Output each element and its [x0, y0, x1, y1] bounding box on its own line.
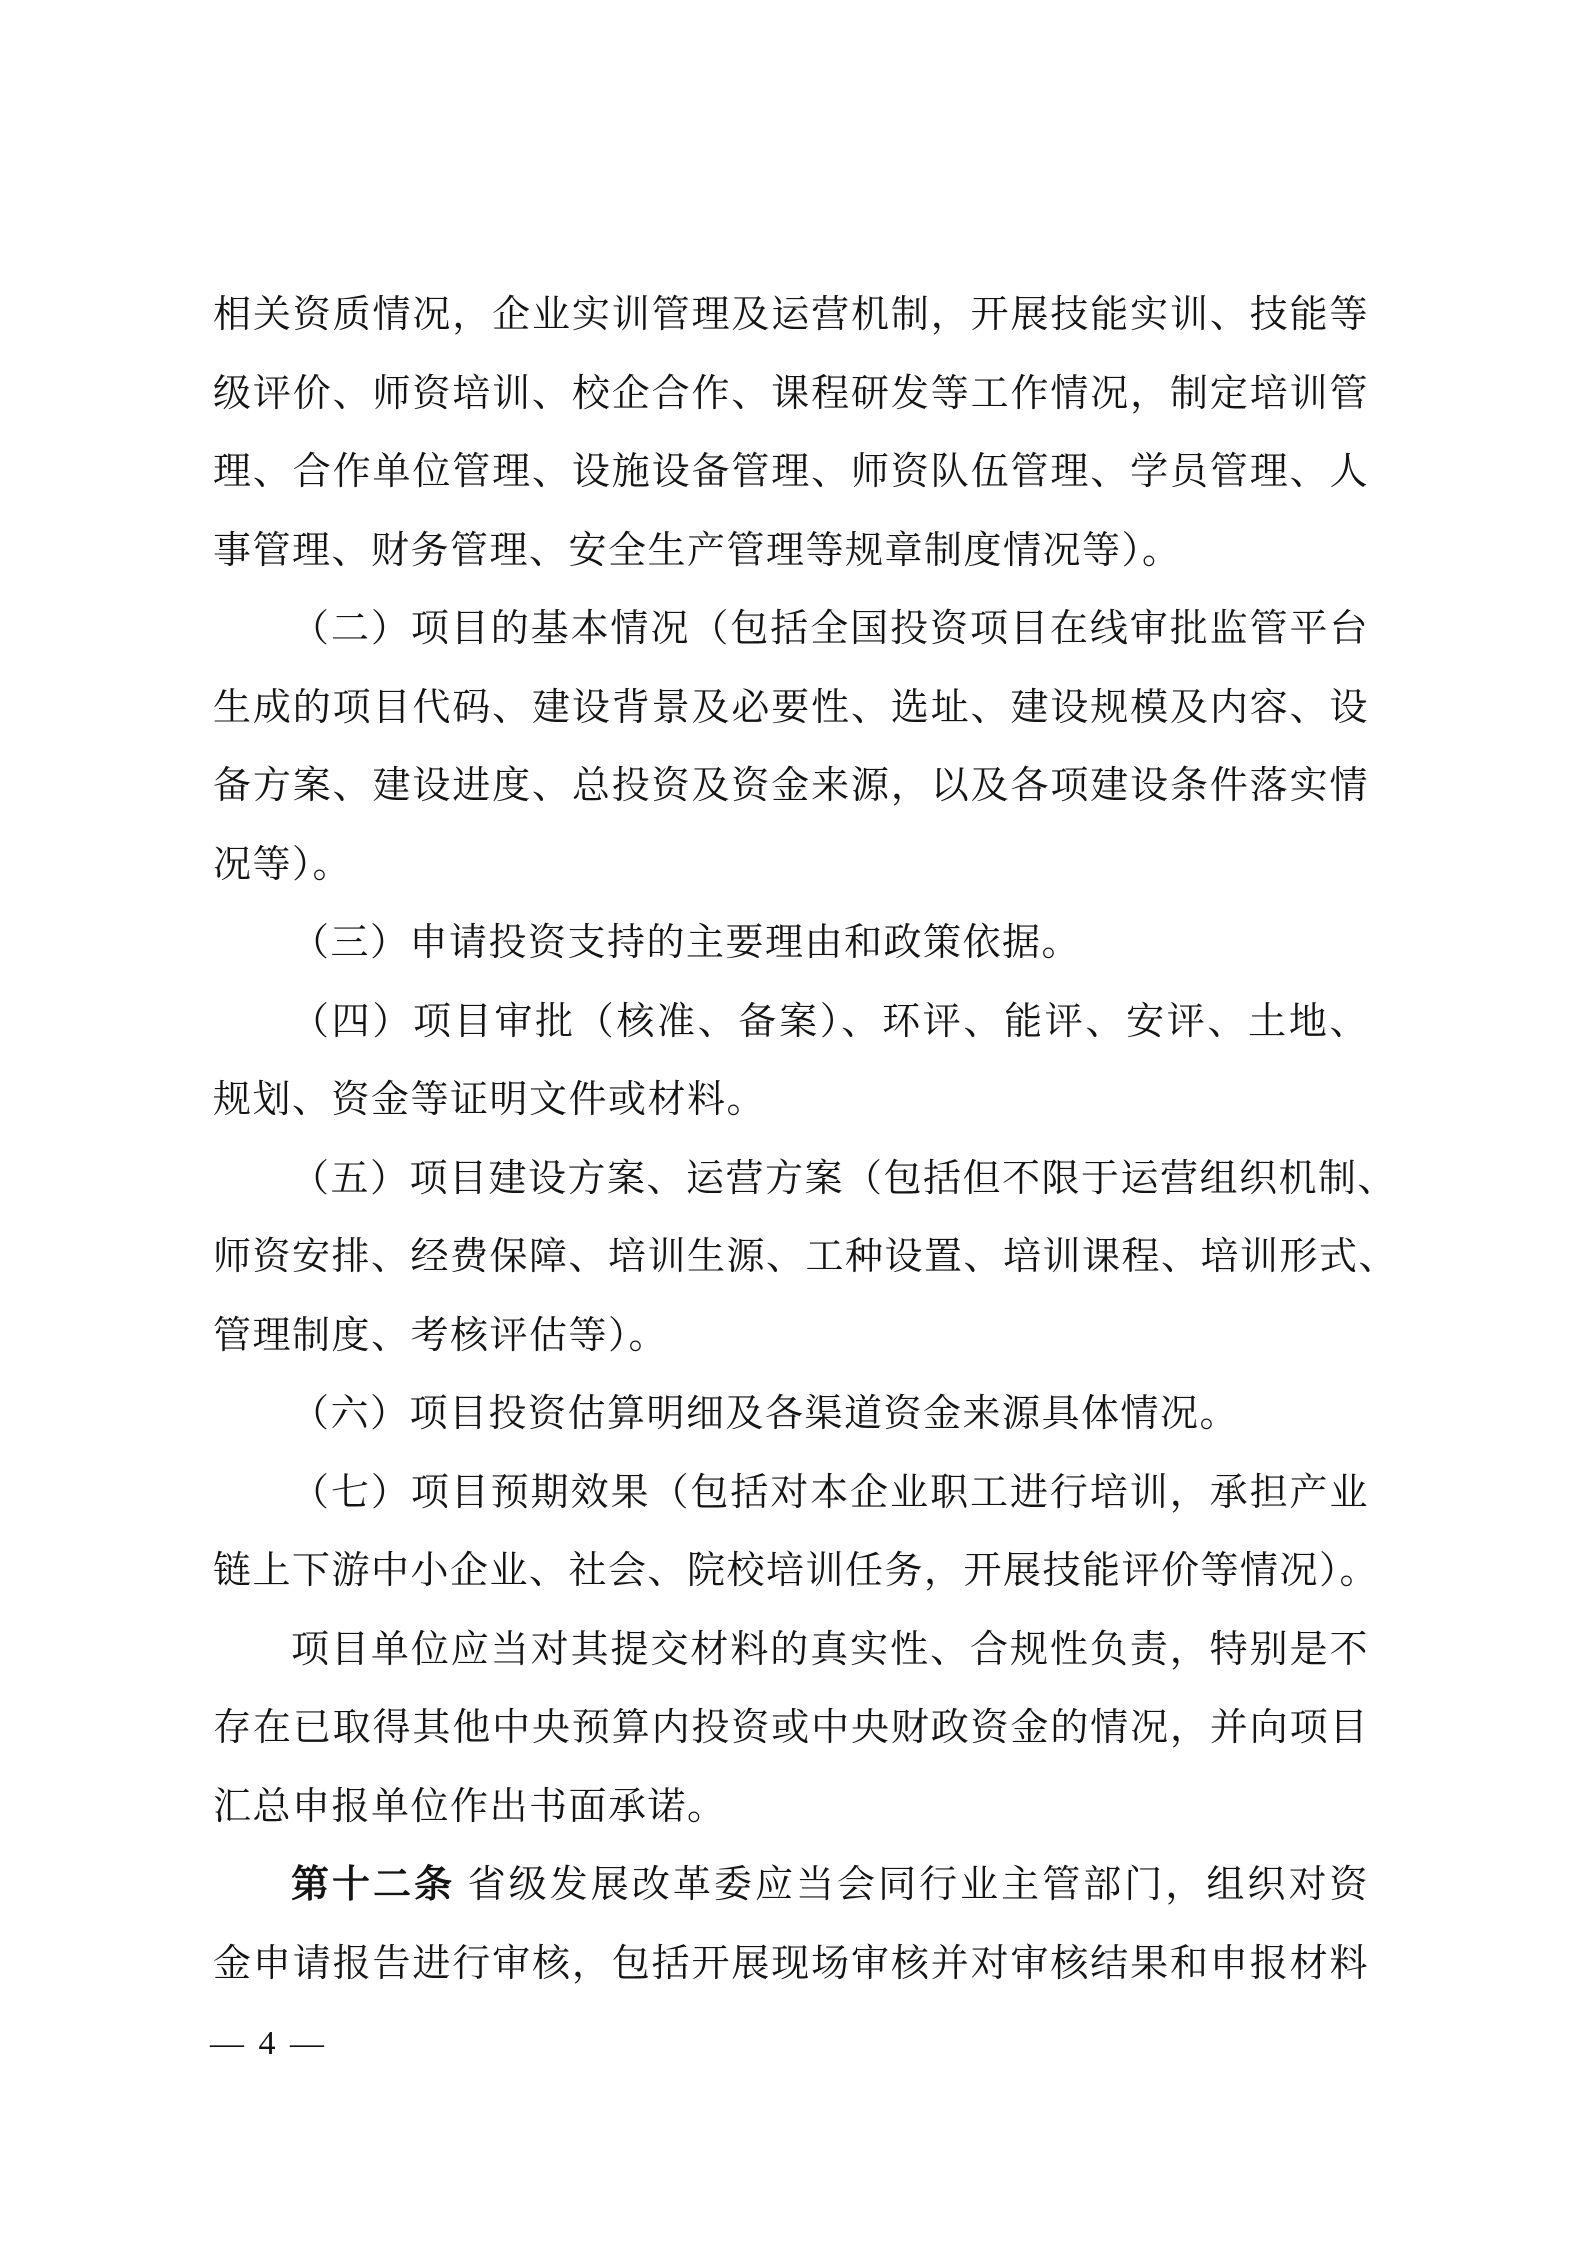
- text-line-rest: 省级发展改革委应当会同行业主管部门，组织对资: [455, 1864, 1369, 1906]
- text-line: 事管理、财务管理、安全生产管理等规章制度情况等）。: [213, 512, 1369, 591]
- text-line: 备方案、建设进度、总投资及资金来源，以及各项建设条件落实情: [213, 747, 1369, 826]
- text-line: （三）申请投资支持的主要理由和政策依据。: [213, 904, 1369, 983]
- body-text: 相关资质情况，企业实训管理及运营机制，开展技能实训、技能等级评价、师资培训、校企…: [213, 276, 1369, 2003]
- text-line: （四）项目审批（核准、备案）、环评、能评、安评、土地、: [213, 983, 1369, 1062]
- text-line: 存在已取得其他中央预算内投资或中央财政资金的情况，并向项目: [213, 1689, 1369, 1768]
- text-line: 生成的项目代码、建设背景及必要性、选址、建设规模及内容、设: [213, 669, 1369, 748]
- text-line: 第十二条 省级发展改革委应当会同行业主管部门，组织对资: [213, 1846, 1369, 1925]
- text-line: 相关资质情况，企业实训管理及运营机制，开展技能实训、技能等: [213, 276, 1369, 355]
- text-line: 管理制度、考核评估等）。: [213, 1297, 1369, 1376]
- text-line: 级评价、师资培训、校企合作、课程研发等工作情况，制定培训管: [213, 355, 1369, 434]
- text-line: 规划、资金等证明文件或材料。: [213, 1061, 1369, 1140]
- article-heading: 第十二条: [291, 1864, 455, 1906]
- text-line: （二）项目的基本情况（包括全国投资项目在线审批监管平台: [213, 590, 1369, 669]
- page-number: — 4 —: [210, 2021, 327, 2067]
- text-line: 汇总申报单位作出书面承诺。: [213, 1768, 1369, 1847]
- text-line: （七）项目预期效果（包括对本企业职工进行培训，承担产业: [213, 1454, 1369, 1533]
- text-line: 链上下游中小企业、社会、院校培训任务，开展技能评价等情况）。: [213, 1532, 1369, 1611]
- text-line: 金申请报告进行审核，包括开展现场审核并对审核结果和申报材料: [213, 1925, 1369, 2004]
- document-page: 相关资质情况，企业实训管理及运营机制，开展技能实训、技能等级评价、师资培训、校企…: [0, 0, 1587, 2245]
- text-line: （六）项目投资估算明细及各渠道资金来源具体情况。: [213, 1375, 1369, 1454]
- text-line: 师资安排、经费保障、培训生源、工种设置、培训课程、培训形式、: [213, 1218, 1369, 1297]
- text-line: （五）项目建设方案、运营方案（包括但不限于运营组织机制、: [213, 1140, 1369, 1219]
- text-line: 况等）。: [213, 826, 1369, 905]
- text-line: 理、合作单位管理、设施设备管理、师资队伍管理、学员管理、人: [213, 433, 1369, 512]
- text-line: 项目单位应当对其提交材料的真实性、合规性负责，特别是不: [213, 1611, 1369, 1690]
